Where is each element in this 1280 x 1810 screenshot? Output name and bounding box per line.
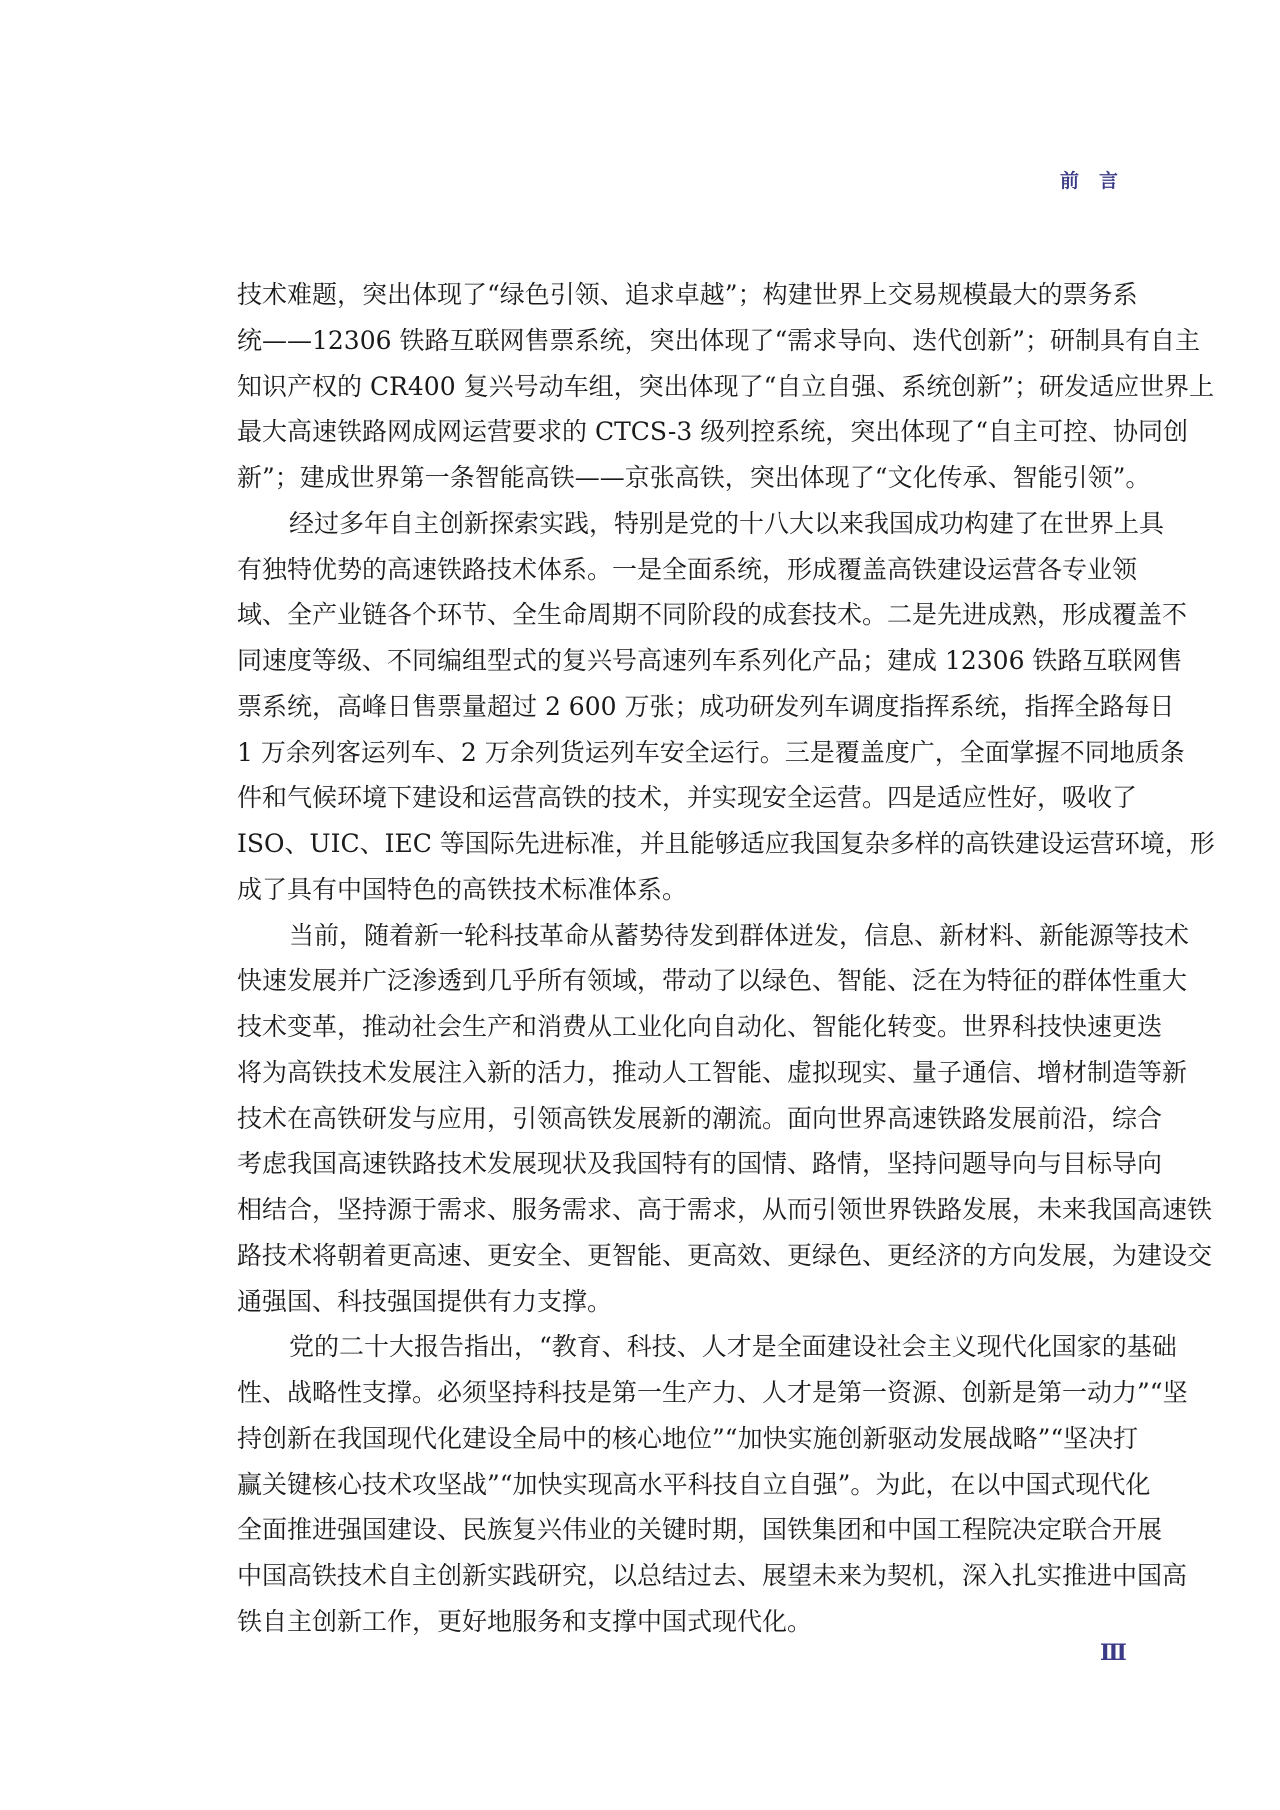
- page-number: Ⅲ: [1100, 1640, 1127, 1666]
- text-line: 全面推进强国建设、民族复兴伟业的关键时期，国铁集团和中国工程院决定联合开展: [237, 1507, 1121, 1553]
- text-line: 域、全产业链各个环节、全生命周期不同阶段的成套技术。二是先进成熟，形成覆盖不: [237, 592, 1121, 638]
- text-line: 统——12306 铁路互联网售票系统，突出体现了“需求导向、迭代创新”；研制具有…: [237, 318, 1121, 364]
- text-line: 有独特优势的高速铁路技术体系。一是全面系统，形成覆盖高铁建设运营各专业领: [237, 547, 1121, 593]
- text-line: 快速发展并广泛渗透到几乎所有领域，带动了以绿色、智能、泛在为特征的群体性重大: [237, 958, 1121, 1004]
- text-line: 1 万余列客运列车、2 万余列货运列车安全运行。三是覆盖度广，全面掌握不同地质条: [237, 730, 1121, 776]
- text-line: 成了具有中国特色的高铁技术标准体系。: [237, 867, 1121, 913]
- text-line: 知识产权的 CR400 复兴号动车组，突出体现了“自立自强、系统创新”；研发适应…: [237, 364, 1121, 410]
- text-line: 路技术将朝着更高速、更安全、更智能、更高效、更绿色、更经济的方向发展，为建设交: [237, 1233, 1121, 1279]
- running-head: 前 言: [1060, 166, 1118, 193]
- text-line: 票系统，高峰日售票量超过 2 600 万张；成功研发列车调度指挥系统，指挥全路每…: [237, 684, 1121, 730]
- text-line: 中国高铁技术自主创新实践研究，以总结过去、展望未来为契机，深入扎实推进中国高: [237, 1553, 1121, 1599]
- text-line: 赢关键核心技术攻坚战”“加快实现高水平科技自立自强”。为此，在以中国式现代化: [237, 1462, 1121, 1508]
- paragraph: 党的二十大报告指出，“教育、科技、人才是全面建设社会主义现代化国家的基础性、战略…: [237, 1324, 1121, 1644]
- paragraph: 经过多年自主创新探索实践，特别是党的十八大以来我国成功构建了在世界上具有独特优势…: [237, 501, 1121, 913]
- text-line: 性、战略性支撑。必须坚持科技是第一生产力、人才是第一资源、创新是第一动力”“坚: [237, 1370, 1121, 1416]
- text-line: 经过多年自主创新探索实践，特别是党的十八大以来我国成功构建了在世界上具: [237, 501, 1121, 547]
- text-line: ISO、UIC、IEC 等国际先进标准，并且能够适应我国复杂多样的高铁建设运营环…: [237, 821, 1121, 867]
- text-line: 最大高速铁路网成网运营要求的 CTCS-3 级列控系统，突出体现了“自主可控、协…: [237, 409, 1121, 455]
- body-text: 技术难题，突出体现了“绿色引领、追求卓越”；构建世界上交易规模最大的票务系统——…: [237, 272, 1121, 1645]
- text-line: 通强国、科技强国提供有力支撑。: [237, 1279, 1121, 1325]
- text-line: 当前，随着新一轮科技革命从蓄势待发到群体迸发，信息、新材料、新能源等技术: [237, 913, 1121, 959]
- text-line: 持创新在我国现代化建设全局中的核心地位”“加快实施创新驱动发展战略”“坚决打: [237, 1416, 1121, 1462]
- text-line: 党的二十大报告指出，“教育、科技、人才是全面建设社会主义现代化国家的基础: [237, 1324, 1121, 1370]
- text-line: 件和气候环境下建设和运营高铁的技术，并实现安全运营。四是适应性好，吸收了: [237, 775, 1121, 821]
- running-head-char: 前: [1060, 166, 1079, 193]
- text-line: 新”；建成世界第一条智能高铁——京张高铁，突出体现了“文化传承、智能引领”。: [237, 455, 1121, 501]
- text-line: 技术难题，突出体现了“绿色引领、追求卓越”；构建世界上交易规模最大的票务系: [237, 272, 1121, 318]
- text-line: 技术变革，推动社会生产和消费从工业化向自动化、智能化转变。世界科技快速更迭: [237, 1004, 1121, 1050]
- text-line: 技术在高铁研发与应用，引领高铁发展新的潮流。面向世界高速铁路发展前沿，综合: [237, 1096, 1121, 1142]
- text-line: 将为高铁技术发展注入新的活力，推动人工智能、虚拟现实、量子通信、增材制造等新: [237, 1050, 1121, 1096]
- text-line: 同速度等级、不同编组型式的复兴号高速列车系列化产品；建成 12306 铁路互联网…: [237, 638, 1121, 684]
- text-line: 铁自主创新工作，更好地服务和支撑中国式现代化。: [237, 1599, 1121, 1645]
- running-head-char: 言: [1099, 166, 1118, 193]
- paragraph: 当前，随着新一轮科技革命从蓄势待发到群体迸发，信息、新材料、新能源等技术快速发展…: [237, 913, 1121, 1325]
- text-line: 相结合，坚持源于需求、服务需求、高于需求，从而引领世界铁路发展，未来我国高速铁: [237, 1187, 1121, 1233]
- document-page: 前 言 技术难题，突出体现了“绿色引领、追求卓越”；构建世界上交易规模最大的票务…: [0, 0, 1280, 1810]
- text-line: 考虑我国高速铁路技术发展现状及我国特有的国情、路情，坚持问题导向与目标导向: [237, 1141, 1121, 1187]
- paragraph: 技术难题，突出体现了“绿色引领、追求卓越”；构建世界上交易规模最大的票务系统——…: [237, 272, 1121, 501]
